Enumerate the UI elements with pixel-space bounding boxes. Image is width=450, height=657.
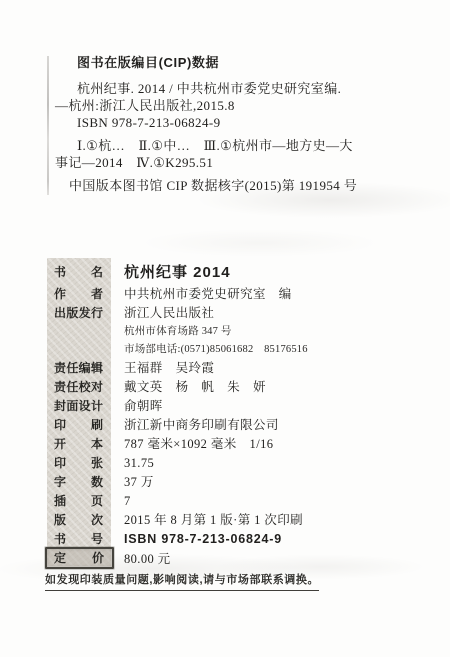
cip-line-isbn: ISBN 978-7-213-06824-9	[77, 114, 433, 131]
price-value: 80.00 元	[124, 549, 432, 570]
publisher-address-row: 杭州市体育场路 347 号	[47, 323, 432, 341]
colophon-row-publisher: 出版发行 浙江人民出版社	[47, 304, 432, 323]
book-title: 杭州纪事 2014	[124, 261, 432, 285]
colophon-row-proofreader: 责任校对 戴文英 杨 帆 朱 妍	[47, 378, 432, 397]
colophon-row-author: 作 者 中共杭州市委党史研究室 编	[47, 285, 432, 304]
colophon-label: 插 页	[47, 492, 111, 511]
isbn-value: ISBN 978-7-213-06824-9	[124, 530, 432, 549]
colophon-row-edition: 版 次 2015 年 8 月第 1 版·第 1 次印刷	[47, 511, 432, 530]
cip-line-classification-2: 事记—2014 Ⅳ.①K295.51	[55, 154, 433, 171]
colophon-label: 封面设计	[47, 397, 111, 416]
colophon-label: 书 名	[47, 261, 111, 284]
cip-line-classification-1: Ⅰ.①杭… Ⅱ.①中… Ⅲ.①杭州市—地方史—大	[77, 137, 433, 154]
colophon-row-printed-sheets: 印 张 31.75	[47, 454, 432, 473]
colophon-row-format: 开 本 787 毫米×1092 毫米 1/16	[47, 435, 432, 454]
publisher-address: 杭州市体育场路 347 号	[124, 323, 432, 341]
printer-value: 浙江新中商务印刷有限公司	[124, 416, 432, 435]
colophon-label: 作 者	[47, 285, 111, 304]
colophon-label: 开 本	[47, 435, 111, 454]
colophon-label: 印 刷	[47, 416, 111, 435]
publisher-phone: 市场部电话:(0571)85061682 85176516	[124, 341, 432, 359]
colophon-row-printer: 印 刷 浙江新中商务印刷有限公司	[47, 416, 432, 435]
publisher-value: 浙江人民出版社	[124, 304, 432, 323]
colophon-row-insert-pages: 插 页 7	[47, 492, 432, 511]
colophon-label: 责任编辑	[47, 359, 111, 378]
format-value: 787 毫米×1092 毫米 1/16	[124, 435, 432, 454]
colophon-label: 责任校对	[47, 378, 111, 397]
cip-left-rule	[47, 56, 49, 195]
proofreader-value: 戴文英 杨 帆 朱 妍	[124, 378, 432, 397]
edition-value: 2015 年 8 月第 1 版·第 1 次印刷	[124, 511, 432, 530]
colophon-row-cover-designer: 封面设计 俞朝晖	[47, 397, 432, 416]
quality-notice: 如发现印装质量问题,影响阅读,请与市场部联系调换。	[45, 571, 319, 591]
colophon-row-word-count: 字 数 37 万	[47, 473, 432, 492]
cip-line-record-number: 中国版本图书馆 CIP 数据核字(2015)第 191954 号	[69, 177, 433, 194]
colophon-row-managing-editor: 责任编辑 王福群 吴玲霞	[47, 359, 432, 378]
insert-pages-value: 7	[124, 492, 432, 511]
book-copyright-page: 图书在版编目(CIP)数据 杭州纪事. 2014 / 中共杭州市委党史研究室编.…	[0, 0, 450, 657]
cip-section: 图书在版编目(CIP)数据 杭州纪事. 2014 / 中共杭州市委党史研究室编.…	[55, 54, 433, 194]
cip-line-publisher: —杭州:浙江人民出版社,2015.8	[55, 97, 433, 114]
colophon-row-book-title: 书 名 杭州纪事 2014	[47, 261, 432, 285]
word-count-value: 37 万	[124, 473, 432, 492]
colophon-table: 书 名 杭州纪事 2014 作 者 中共杭州市委党史研究室 编 出版发行 浙江人…	[47, 258, 432, 570]
colophon-label: 版 次	[47, 511, 111, 530]
price-label-box: 定 价	[45, 547, 114, 569]
colophon-label: 印 张	[47, 454, 111, 473]
cover-designer-value: 俞朝晖	[124, 397, 432, 416]
cip-heading: 图书在版编目(CIP)数据	[77, 54, 433, 71]
colophon-label: 出版发行	[47, 304, 111, 323]
publisher-phone-row: 市场部电话:(0571)85061682 85176516	[47, 341, 432, 359]
colophon-row-price: 定 价 80.00 元	[47, 549, 432, 570]
managing-editor-value: 王福群 吴玲霞	[124, 359, 432, 378]
printed-sheets-value: 31.75	[124, 454, 432, 473]
cip-line-title-statement: 杭州纪事. 2014 / 中共杭州市委党史研究室编.	[77, 80, 433, 97]
author-value: 中共杭州市委党史研究室 编	[124, 285, 432, 304]
colophon-label: 字 数	[47, 473, 111, 492]
